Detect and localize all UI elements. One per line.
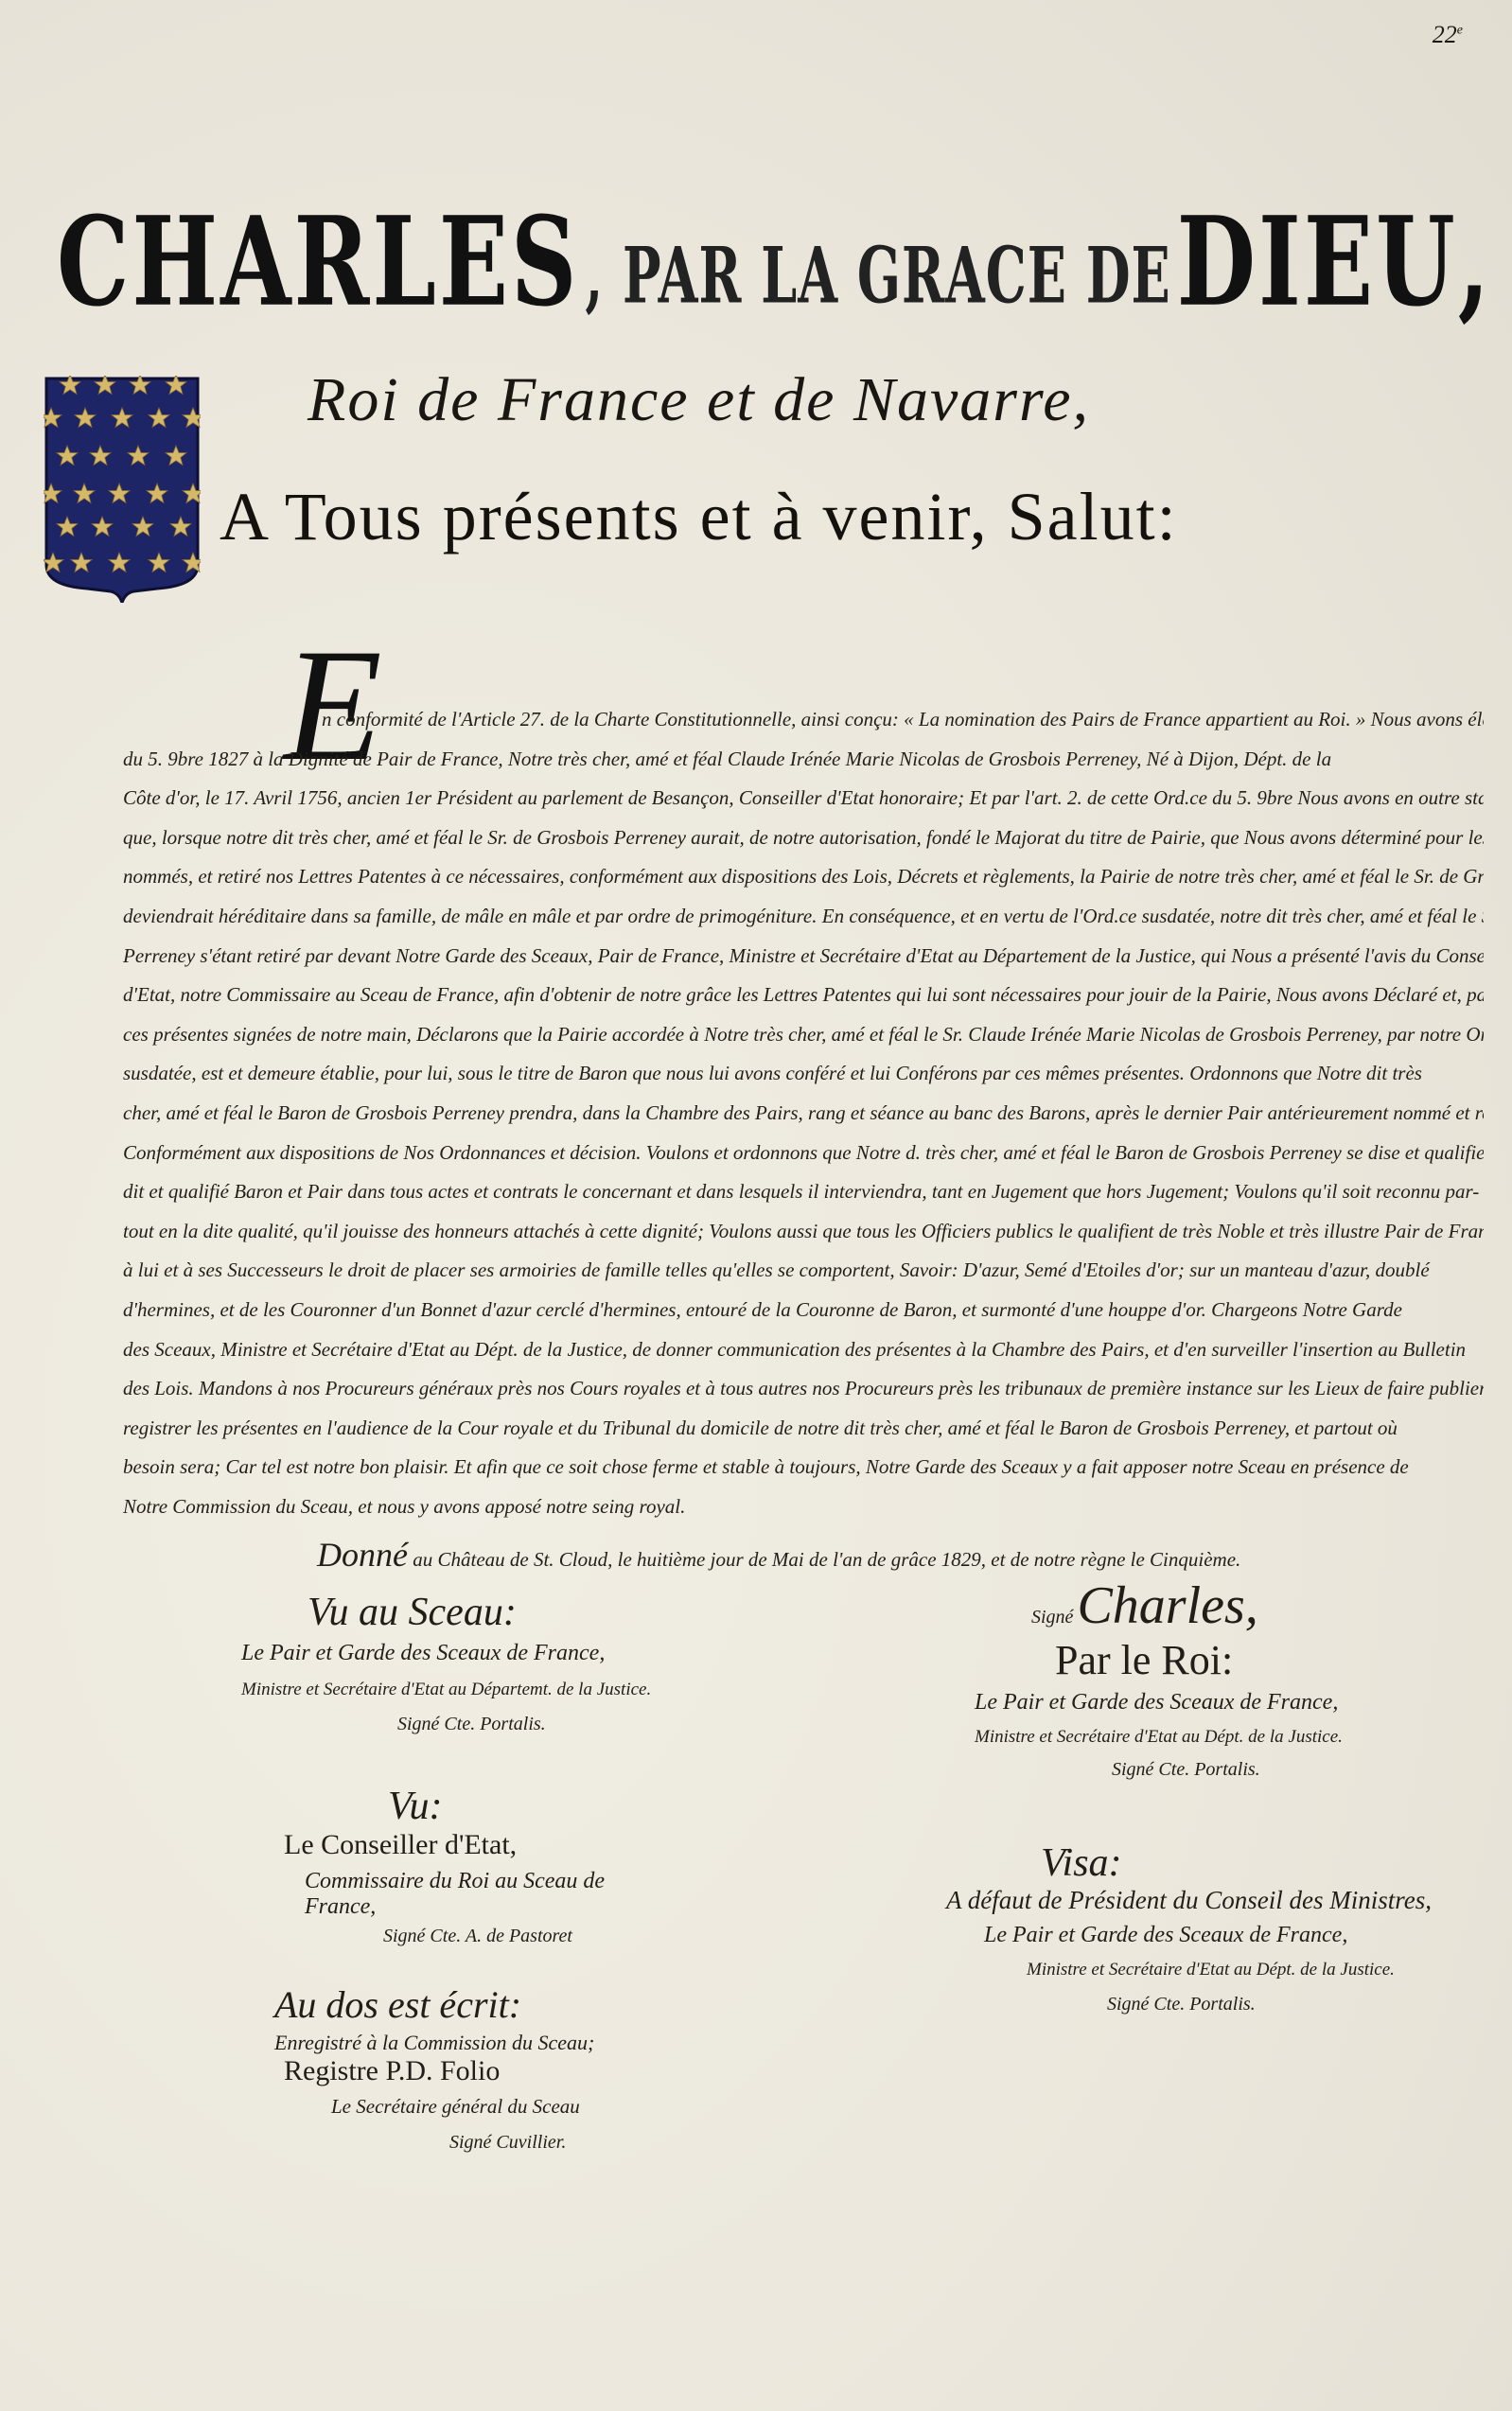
king-signature-line1: Le Pair et Garde des Sceaux de France,: [975, 1690, 1372, 1716]
vu-line2: Commissaire du Roi au Sceau de France,: [284, 1869, 681, 1920]
vu-au-sceau-heading: Vu au Sceau:: [241, 1590, 677, 1635]
given-at-line: Donné au Château de St. Cloud, le huitiè…: [317, 1535, 1240, 1575]
folio-value: 22: [1433, 21, 1457, 48]
au-dos-block: Au dos est écrit: Enregistré à la Commis…: [274, 1982, 672, 2154]
vu-au-sceau-signature: Signé Cte. Portalis.: [241, 1714, 677, 1735]
royal-title: CHARLES, PAR LA GRACE DEDIEU,: [57, 208, 1486, 315]
body-line: d'hermines, et de les Couronner d'un Bon…: [123, 1291, 1484, 1330]
au-dos-line1: Enregistré à la Commission du Sceau;: [274, 2031, 672, 2055]
body-line: nommés, et retiré nos Lettres Patentes à…: [123, 857, 1484, 897]
folio-sup: e: [1457, 23, 1463, 37]
body-line: deviendrait héréditaire dans sa famille,…: [123, 897, 1484, 937]
vu-au-sceau-line1: Le Pair et Garde des Sceaux de France,: [241, 1641, 677, 1666]
body-line: cher, amé et féal le Baron de Grosbois P…: [123, 1094, 1484, 1134]
title-comma: ,: [1458, 189, 1492, 334]
visa-line3: Ministre et Secrétaire d'Etat au Dépt. d…: [946, 1960, 1438, 1980]
body-line: d'Etat, notre Commissaire au Sceau de Fr…: [123, 976, 1484, 1015]
signe-word: Signé: [1031, 1607, 1073, 1628]
body-line: des Sceaux, Ministre et Secrétaire d'Eta…: [123, 1330, 1484, 1370]
king-signature-countersign: Signé Cte. Portalis.: [975, 1759, 1372, 1781]
body-line: tout en la dite qualité, qu'il jouisse d…: [123, 1212, 1484, 1252]
title-par-la-grace-de: , PAR LA GRACE DE: [585, 230, 1170, 321]
body-line: Côte d'or, le 17. Avril 1756, ancien 1er…: [123, 779, 1484, 818]
body-line: du 5. 9bre 1827 à la Dignité de Pair de …: [123, 740, 1484, 780]
body-line: besoin sera; Car tel est notre bon plais…: [123, 1448, 1484, 1487]
body-line: susdatée, est et demeure établie, pour l…: [123, 1054, 1484, 1094]
body-line: que, lorsque notre dit très cher, amé et…: [123, 818, 1484, 858]
visa-line2: Le Pair et Garde des Sceaux de France,: [946, 1923, 1438, 1948]
vu-line1: Le Conseiller d'Etat,: [284, 1829, 681, 1861]
given-text: au Château de St. Cloud, le huitième jou…: [413, 1548, 1240, 1571]
folio-number: 22e: [1433, 21, 1463, 49]
coat-of-arms-shield-icon: [44, 376, 201, 603]
vu-heading: Vu:: [284, 1784, 681, 1829]
king-signature-block: Signé Charles, Par le Roi: Le Pair et Ga…: [975, 1575, 1372, 1781]
vu-au-sceau-block: Vu au Sceau: Le Pair et Garde des Sceaux…: [241, 1590, 677, 1735]
body-line: à lui et à ses Successeurs le droit de p…: [123, 1251, 1484, 1291]
visa-line1: A défaut de Président du Conseil des Min…: [946, 1886, 1438, 1915]
body-line: Conformément aux dispositions de Nos Ord…: [123, 1134, 1484, 1173]
vu-block: Vu: Le Conseiller d'Etat, Commissaire du…: [284, 1784, 681, 1947]
vu-signature: Signé Cte. A. de Pastoret: [284, 1926, 681, 1947]
visa-block: Visa: A défaut de Président du Conseil d…: [946, 1840, 1438, 2015]
body-line: des Lois. Mandons à nos Procureurs génér…: [123, 1369, 1484, 1409]
body-line: n conformité de l'Article 27. de la Char…: [123, 700, 1484, 740]
au-dos-line2: Registre P.D. Folio: [274, 2055, 672, 2087]
visa-signature: Signé Cte. Portalis.: [946, 1994, 1438, 2015]
par-le-roi-heading: Par le Roi:: [975, 1636, 1372, 1684]
king-signature-line: Signé Charles,: [975, 1575, 1372, 1636]
body-line: dit et qualifié Baron et Pair dans tous …: [123, 1172, 1484, 1212]
title-charles: CHARLES: [57, 189, 579, 334]
body-line: ces présentes signées de notre main, Déc…: [123, 1015, 1484, 1055]
subtitle-roi-de-france: Roi de France et de Navarre,: [308, 364, 1090, 436]
king-signature-name: Charles,: [1077, 1576, 1257, 1635]
king-signature-line2: Ministre et Secrétaire d'Etat au Dépt. d…: [975, 1727, 1372, 1748]
manuscript-page: 22e CHARLES, PAR LA GRACE DEDIEU, Roi de…: [0, 0, 1512, 2411]
au-dos-signature: Signé Cuvillier.: [274, 2132, 672, 2154]
letters-patent-body: n conformité de l'Article 27. de la Char…: [123, 700, 1484, 1526]
vu-au-sceau-line2: Ministre et Secrétaire d'Etat au Départe…: [241, 1680, 677, 1700]
visa-heading: Visa:: [946, 1840, 1438, 1886]
donne-word: Donné: [317, 1536, 408, 1574]
au-dos-heading: Au dos est écrit:: [274, 1982, 672, 2027]
au-dos-line3: Le Secrétaire général du Sceau: [274, 2095, 672, 2119]
salutation: A Tous présents et à venir, Salut:: [220, 478, 1178, 556]
body-line: Notre Commission du Sceau, et nous y avo…: [123, 1487, 1484, 1527]
title-dieu: DIEU: [1177, 189, 1458, 334]
body-line: registrer les présentes en l'audience de…: [123, 1409, 1484, 1449]
body-line: Perreney s'étant retiré par devant Notre…: [123, 937, 1484, 977]
